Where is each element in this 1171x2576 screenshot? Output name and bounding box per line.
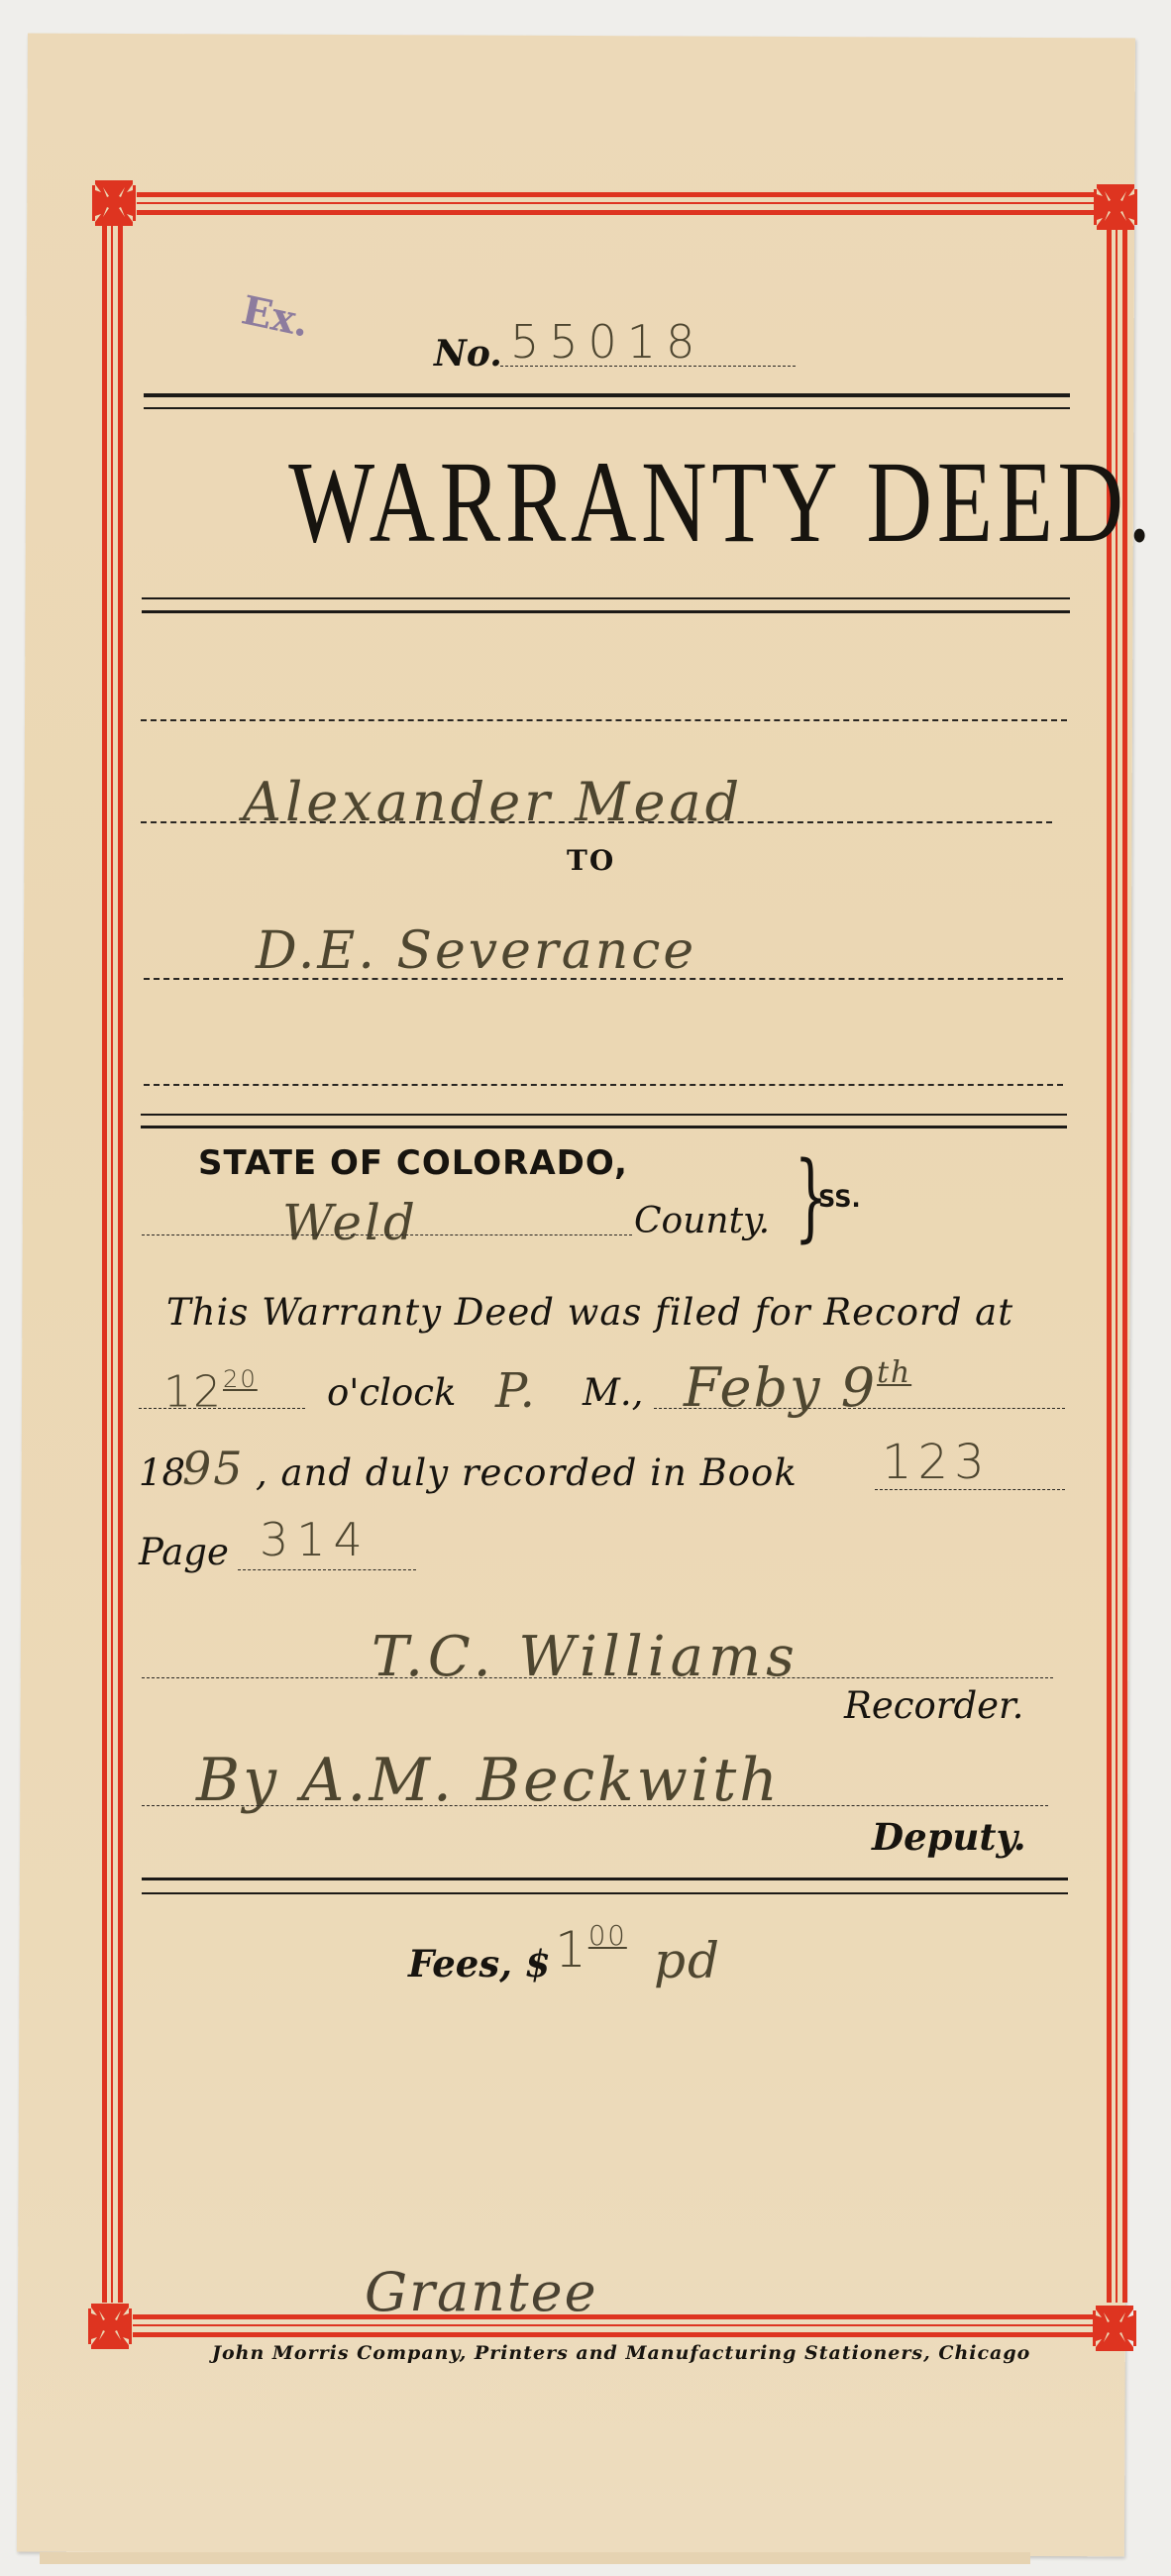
rule-bottom-thin bbox=[142, 1892, 1068, 1894]
maltese-cross-corner-icon bbox=[85, 2301, 135, 2350]
recorder-signature: T.C. Williams bbox=[372, 1625, 799, 1689]
printer-imprint: John Morris Company, Printers and Manufa… bbox=[212, 2342, 1030, 2364]
year-prefix: 18 bbox=[139, 1451, 185, 1494]
fees-label: Fees, $ bbox=[408, 1942, 551, 1986]
deputy-line bbox=[142, 1805, 1048, 1806]
grantor-line bbox=[141, 821, 1052, 823]
county-line bbox=[142, 1234, 632, 1235]
filed-sentence: This Warranty Deed was filed for Record … bbox=[166, 1291, 1013, 1334]
year-suffix: 95 bbox=[182, 1442, 245, 1495]
fees-cents: 00 bbox=[588, 1920, 627, 1952]
filed-time: 1220 bbox=[163, 1365, 258, 1417]
filed-minutes: 20 bbox=[223, 1365, 258, 1393]
deed-number: 55018 bbox=[510, 315, 704, 369]
grantee-name: D.E. Severance bbox=[256, 921, 696, 981]
maltese-cross-corner-icon bbox=[1091, 181, 1140, 231]
page-number: 314 bbox=[260, 1513, 371, 1566]
maltese-cross-corner-icon bbox=[89, 177, 139, 227]
document-title: WARRANTY DEED. bbox=[288, 444, 929, 561]
recorded-sentence: , and duly recorded in Book bbox=[256, 1451, 798, 1494]
recorder-line bbox=[142, 1677, 1053, 1678]
page-line bbox=[238, 1569, 416, 1570]
filed-date: Feby 9th bbox=[684, 1355, 911, 1419]
page-label: Page bbox=[139, 1531, 229, 1573]
paper-fold-edge bbox=[40, 2552, 1030, 2564]
rule-top-thin bbox=[144, 407, 1070, 409]
blank-line-1 bbox=[141, 719, 1067, 721]
to-label: TO bbox=[567, 844, 615, 877]
rule-title-thin bbox=[142, 597, 1070, 599]
fees-dollars: 1 bbox=[555, 1921, 588, 1979]
deputy-label: Deputy. bbox=[872, 1815, 1026, 1859]
grantee-line bbox=[144, 978, 1063, 980]
maltese-cross-corner-icon bbox=[1090, 2303, 1139, 2352]
state-label: STATE OF COLORADO, bbox=[198, 1143, 628, 1183]
grantor-name: Alexander Mead bbox=[243, 771, 743, 833]
fees-amount: 100 bbox=[555, 1920, 627, 1979]
recorder-label: Recorder. bbox=[844, 1684, 1023, 1727]
blank-line-2 bbox=[144, 1084, 1063, 1086]
book-number: 123 bbox=[882, 1435, 991, 1490]
county-name: Weld bbox=[282, 1194, 418, 1251]
rule-mid-thin bbox=[141, 1114, 1067, 1116]
number-label: No. bbox=[434, 333, 502, 375]
rule-mid-thick bbox=[141, 1126, 1067, 1128]
filed-hour: 12 bbox=[163, 1366, 223, 1417]
filed-date-value: Feby 9 bbox=[684, 1356, 877, 1419]
oclock-label: o'clock bbox=[327, 1371, 456, 1414]
filed-date-suffix: th bbox=[877, 1355, 911, 1390]
county-label: County. bbox=[634, 1201, 770, 1241]
rule-bottom-thick bbox=[142, 1878, 1068, 1880]
ss-label: SS. bbox=[818, 1185, 861, 1213]
grantee-back-note: Grantee bbox=[365, 2261, 598, 2323]
fees-paid-note: pd bbox=[654, 1932, 721, 1989]
meridiem-printed: M., bbox=[583, 1371, 643, 1414]
meridiem-handwritten: P. bbox=[495, 1363, 537, 1419]
rule-top-thick bbox=[144, 393, 1070, 397]
rule-title-thick bbox=[142, 610, 1070, 613]
